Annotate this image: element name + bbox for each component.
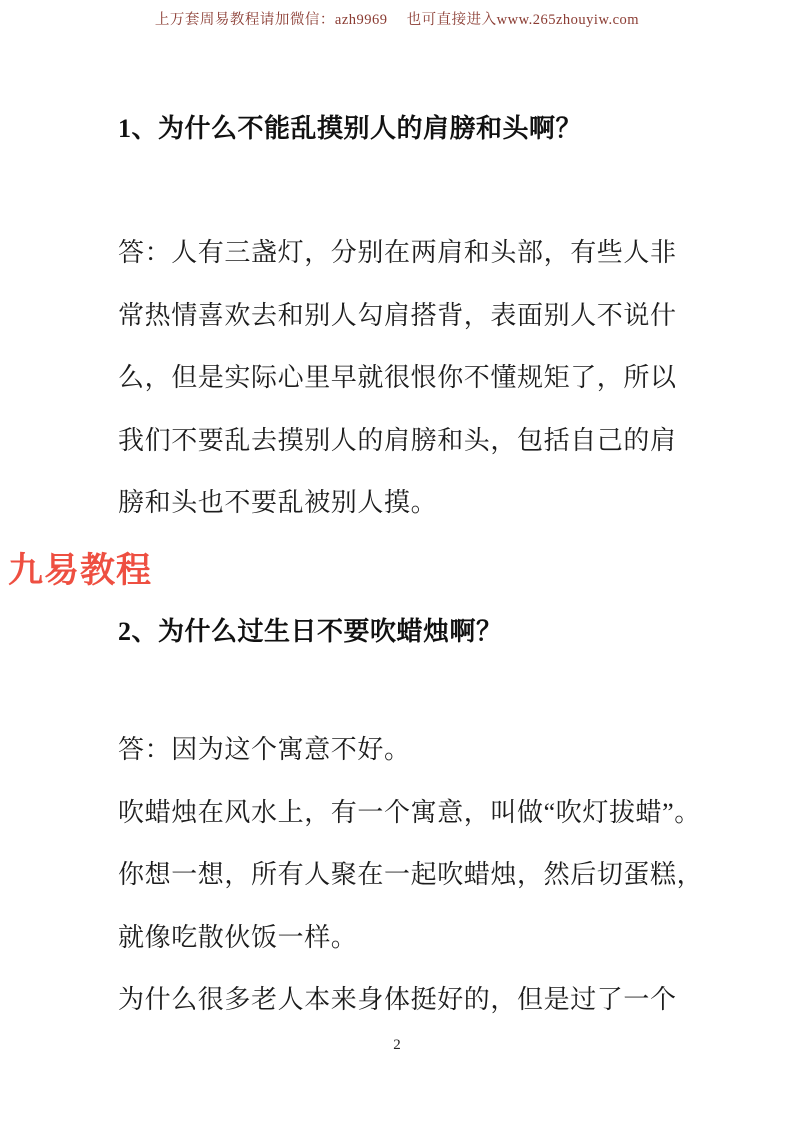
answer-2-paragraph: 答：因为这个寓意不好。 吹蜡烛在风水上，有一个寓意，叫做“吹灯拔蜡”。 你想一想… [118, 719, 718, 1032]
answer-2-line: 就像吃散伙饭一样。 [118, 907, 718, 970]
answer-1-line: 么，但是实际心里早就很恨你不懂规矩了，所以 [118, 347, 718, 410]
answer-2-line: 你想一想，所有人聚在一起吹蜡烛，然后切蛋糕， [118, 844, 718, 907]
document-page: 上万套周易教程请加微信：azh9969 也可直接进入www.265zhouyiw… [0, 0, 794, 1123]
answer-2-line: 吹蜡烛在风水上，有一个寓意，叫做“吹灯拔蜡”。 [118, 782, 718, 845]
header-promo-text: 上万套周易教程请加微信：azh9969 也可直接进入www.265zhouyiw… [0, 8, 794, 29]
question-2-title: 2、为什么过生日不要吹蜡烛啊？ [118, 611, 718, 648]
answer-1-line: 答：人有三盏灯，分别在两肩和头部，有些人非 [118, 222, 718, 285]
question-1-title: 1、为什么不能乱摸别人的肩膀和头啊？ [118, 108, 718, 145]
answer-2-line: 为什么很多老人本来身体挺好的，但是过了一个 [118, 969, 718, 1032]
answer-1-paragraph: 答：人有三盏灯，分别在两肩和头部，有些人非 常热情喜欢去和别人勾肩搭背，表面别人… [118, 222, 718, 535]
answer-1-line: 常热情喜欢去和别人勾肩搭背，表面别人不说什 [118, 285, 718, 348]
page-number: 2 [0, 1037, 794, 1054]
answer-1-line: 我们不要乱去摸别人的肩膀和头，包括自己的肩 [118, 410, 718, 473]
answer-2-line: 答：因为这个寓意不好。 [118, 719, 718, 782]
red-watermark-text: 九易教程 [8, 543, 152, 593]
answer-1-line: 膀和头也不要乱被别人摸。 [118, 472, 718, 535]
